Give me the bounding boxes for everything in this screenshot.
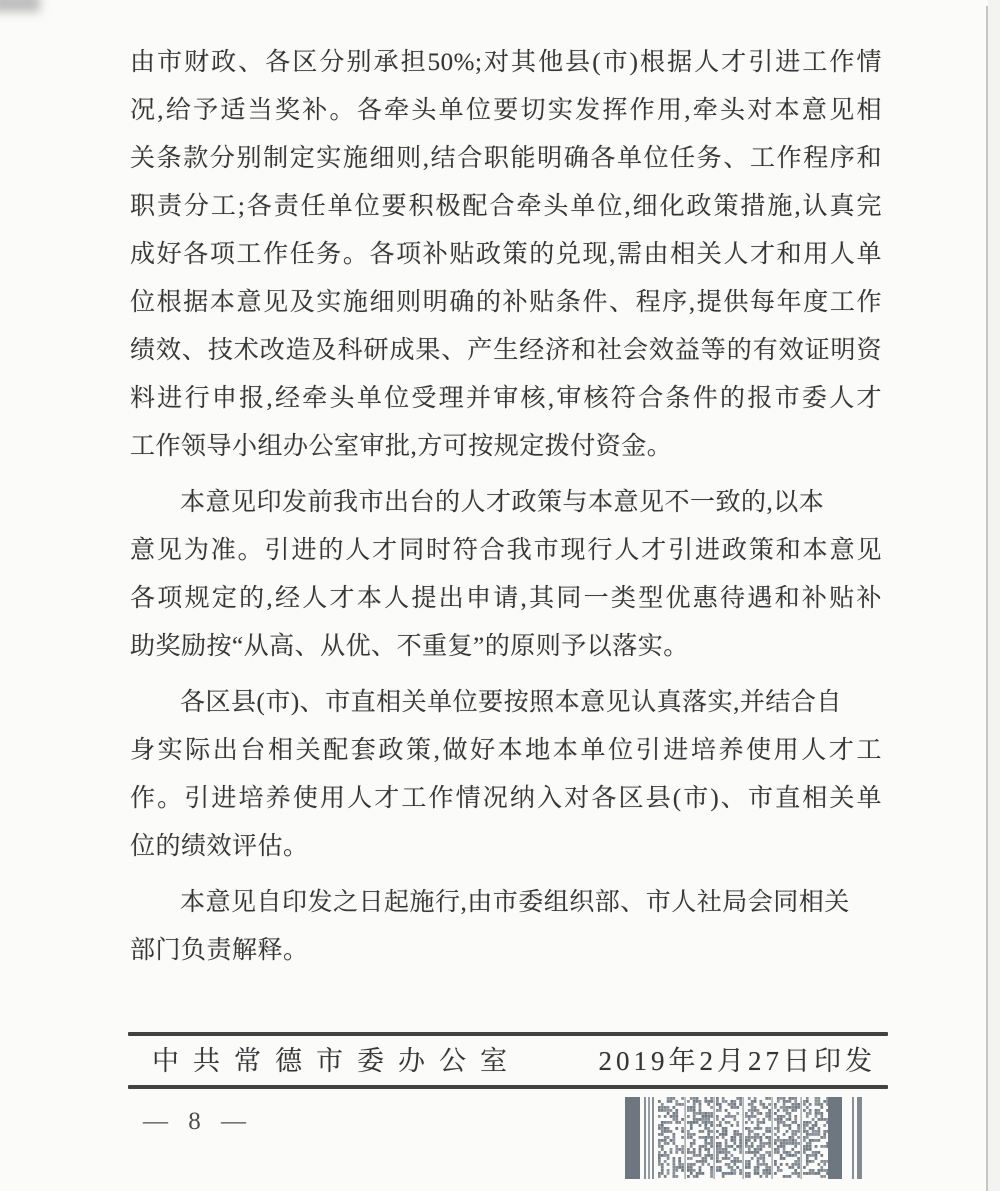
body-line: 本意见印发前我市出台的人才政策与本意见不一致的,以本 [130,479,882,527]
body-line: 位的绩效评估。 [130,823,882,871]
footer-rule-top [128,1032,888,1036]
document-body: 由市财政、各区分别承担50%;对其他县(市)根据人才引进工作情 况,给予适当奖补… [130,39,882,975]
body-line: 成好各项工作任务。各项补贴政策的兑现,需由相关人才和用人单 [130,231,882,279]
body-line: 绩效、技术改造及科研成果、产生经济和社会效益等的有效证明资 [130,327,882,375]
body-line: 工作领导小组办公室审批,方可按规定拨付资金。 [130,423,882,471]
body-line: 各区县(市)、市直相关单位要按照本意见认真落实,并结合自 [130,679,882,727]
body-line: 关条款分别制定实施细则,结合职能明确各单位任务、工作程序和 [130,135,882,183]
body-line: 位根据本意见及实施细则明确的补贴条件、程序,提供每年度工作 [130,279,882,327]
body-line: 部门负责解释。 [130,927,882,975]
issuing-office: 中共常德市委办公室 [152,1044,521,1078]
body-line: 身实际出台相关配套政策,做好本地本单位引进培养使用人才工 [130,727,882,775]
body-line: 由市财政、各区分别承担50%;对其他县(市)根据人才引进工作情 [130,39,882,87]
body-line: 职责分工;各责任单位要积极配合牵头单位,细化政策措施,认真完 [130,183,882,231]
scanned-document-page: { "page": { "background": "#fbfbfa", "te… [0,0,1000,1191]
body-line: 意见为准。引进的人才同时符合我市现行人才引进政策和本意见 [130,527,882,575]
body-line: 作。引进培养使用人才工作情况纳入对各区县(市)、市直相关单 [130,775,882,823]
body-line: 各项规定的,经人才本人提出申请,其同一类型优惠待遇和补贴补 [130,575,882,623]
footer-rule-bottom [128,1085,888,1089]
body-line: 助奖励按“从高、从优、不重复”的原则予以落实。 [130,623,882,671]
barcode-graphic [622,1096,866,1180]
print-date: 2019年2月27日印发 [599,1044,877,1078]
body-line: 本意见自印发之日起施行,由市委组织部、市人社局会同相关 [130,879,882,927]
body-line: 料进行申报,经牵头单位受理并审核,审核符合条件的报市委人才 [130,375,882,423]
scan-page-edge [988,0,1000,1191]
document-barcode [622,1096,866,1180]
page-number: — 8 — [143,1106,253,1138]
scan-edge-line [986,6,988,1191]
scan-corner-smudge [0,0,40,12]
body-line: 况,给予适当奖补。各牵头单位要切实发挥作用,牵头对本意见相 [130,87,882,135]
